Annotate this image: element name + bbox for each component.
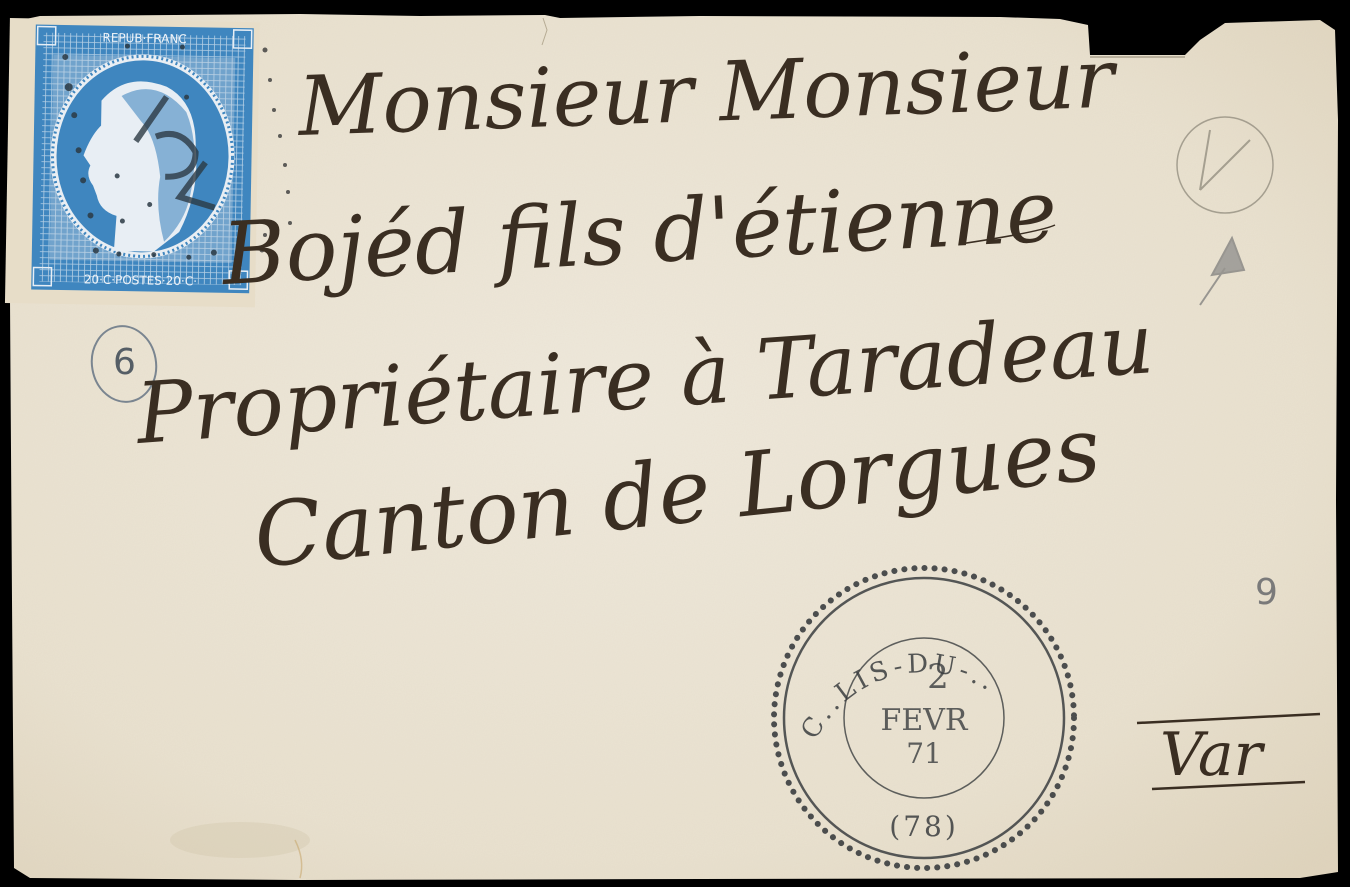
postmark-year: 71 <box>906 737 942 770</box>
postmark-month: FEVR <box>881 703 969 738</box>
postmark-department: (78) <box>889 810 958 843</box>
circled-number: 6 <box>113 342 136 383</box>
stamp-bottom-label: 20·C·POSTES·20·C· <box>84 272 197 288</box>
stamp: REPUB·FRANC 20·C·POSTES·20·C· <box>5 18 260 307</box>
envelope-photo: REPUB·FRANC 20·C·POSTES·20·C· <box>0 0 1350 887</box>
postmark-day: 2 <box>927 657 949 697</box>
stamp-top-label: REPUB·FRANC <box>102 31 187 46</box>
pencil-number: 9 <box>1255 572 1278 613</box>
address-department: Var <box>1160 720 1262 790</box>
